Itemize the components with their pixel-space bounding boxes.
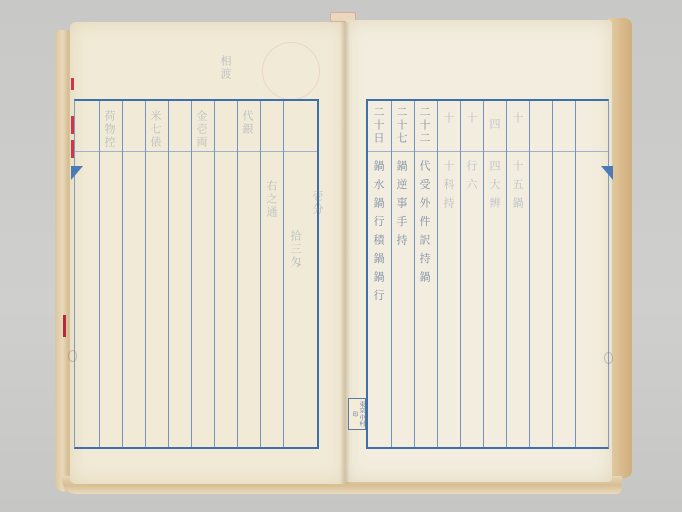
header-rule — [368, 151, 608, 152]
column-rule — [391, 101, 392, 447]
ghost-text: 相渡 — [218, 55, 232, 81]
date-header: 二十七 — [395, 106, 408, 145]
date-header: 二十日 — [372, 106, 385, 145]
left-ruled-frame — [74, 99, 319, 449]
ghost-text: 荷物控 — [102, 110, 116, 149]
column-rule — [122, 101, 123, 447]
binding-hole — [68, 350, 77, 362]
ledger-entry: 四 大 辨 — [487, 160, 501, 210]
ledger-entry: 鍋 逆 事 手 持 — [395, 160, 408, 247]
ledger-entry: 十 科 持 — [441, 160, 455, 210]
binding-hole — [604, 352, 613, 364]
ledger-entry: 鍋 水 鍋 行 積 鍋 鍋 行 — [372, 160, 385, 302]
ledger-entry: 行 六 — [464, 160, 478, 192]
column-rule — [460, 101, 461, 447]
red-index-mark — [63, 315, 66, 337]
ghost-text: 右之通 — [264, 180, 278, 219]
column-rule — [575, 101, 576, 447]
column-rule — [529, 101, 530, 447]
date-header: 十 — [510, 112, 524, 125]
column-rule — [237, 101, 238, 447]
faded-stamp — [262, 42, 320, 100]
right-ruled-frame — [366, 99, 609, 449]
column-rule — [260, 101, 261, 447]
date-header: 十 — [464, 112, 478, 125]
column-rule — [145, 101, 146, 447]
ghost-text: 金壱両 — [194, 110, 208, 149]
column-rule — [437, 101, 438, 447]
date-header: 四 — [487, 118, 501, 131]
ghost-text: 米七俵 — [148, 110, 162, 149]
column-rule — [168, 101, 169, 447]
column-rule — [214, 101, 215, 447]
fold-marker-right — [601, 166, 613, 180]
red-index-mark — [71, 78, 74, 90]
printer-seal: 東京 中村 印 — [348, 398, 366, 430]
fold-marker-left — [71, 166, 83, 180]
column-rule — [414, 101, 415, 447]
photo-scene: 荷物控 米七俵 金壱両 代銀 右之通 拾三匁 壱分 相渡 二十日 二十七 二十二… — [0, 0, 682, 512]
date-header: 二十二 — [418, 106, 431, 145]
ghost-text: 壱分 — [310, 190, 324, 216]
column-rule — [552, 101, 553, 447]
column-rule — [99, 101, 100, 447]
date-header: 十 — [441, 112, 455, 125]
header-rule — [75, 151, 317, 152]
ghost-text: 拾三匁 — [288, 230, 302, 269]
ledger-entry: 代 受 外 件 訳 持 鍋 — [418, 160, 431, 284]
column-rule — [191, 101, 192, 447]
column-rule — [506, 101, 507, 447]
column-rule — [483, 101, 484, 447]
ledger-entry: 十 五 鍋 — [510, 160, 524, 210]
ghost-text: 代銀 — [240, 110, 254, 136]
column-rule — [283, 101, 284, 447]
